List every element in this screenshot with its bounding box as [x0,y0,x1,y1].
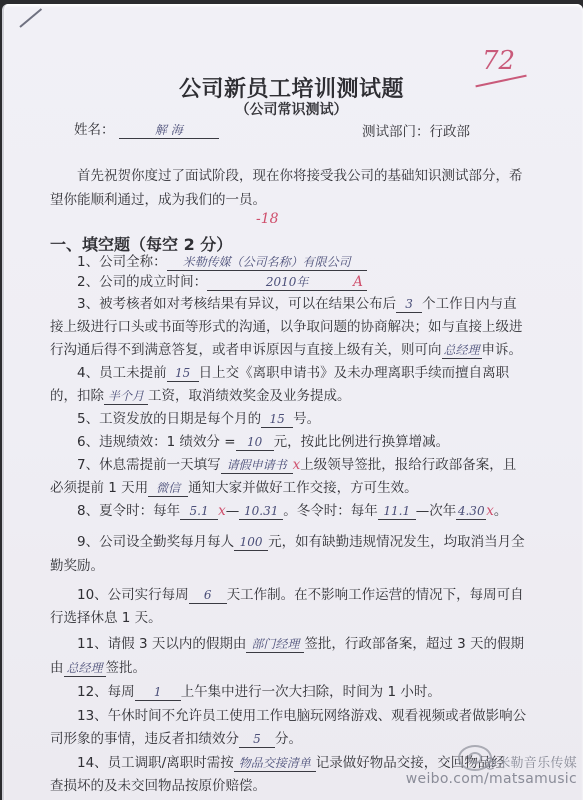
answer-1: 米勒传媒（公司名称）有限公司 [167,254,367,271]
document-subtitle: （公司常识测试） [0,99,583,119]
question-10-line-1: 10、公司实行每周6天工作制。在不影响工作运营的情况下，每周可自 [77,583,524,604]
answer-2: 2010年 [207,274,367,291]
question-3-line-1: 3、被考核者如对考核结果有异议，可以在结果公布后3个工作日内与直 [77,292,517,313]
answer-11a: 部门经理 [246,636,304,653]
check-mark-icon [19,8,42,28]
answer-4b: 半个月 [104,388,148,405]
department-label: 测试部门：行政部 [362,120,470,140]
answer-11b: 总经理 [64,660,106,677]
question-9-line-2: 勤奖励。 [50,554,104,574]
answer-4a: 15 [167,365,199,382]
question-14-line-2: 查损坏的及未交回物品按原价赔偿。 [50,774,266,794]
answer-14: 物品交接清单 [234,755,316,772]
question-3-line-3: 行沟通后得不到满意答复，或者申诉原因与直接上级有关，则可向总经理申诉。 [50,338,522,359]
answer-5: 15 [261,411,293,428]
intro-line-2: 望你能顺利通过，成为我们的一员。 [50,188,266,208]
deduction-mark: -18 [256,211,279,227]
question-4-line-2: 的，扣除半个月工资，取消绩效奖金及业务提成。 [50,384,351,405]
question-10-line-2: 行选择休息 1 天。 [50,606,162,626]
name-value: 解 海 [119,122,219,139]
question-11-line-1: 11、请假 3 天以内的假期由部门经理签批，行政部备案，超过 3 天的假期 [77,632,524,653]
answer-7b: 微信 [148,480,188,497]
answer-7a: 请假申请书 [221,457,293,474]
answer-12: 1 [135,684,181,701]
answer-8b: 10.31 [239,503,283,520]
question-5: 5、工资发放的日期是每个月的15号。 [77,407,320,428]
question-12: 12、每周1上午集中进行一次大扫除，时间为 1 小时。 [77,680,441,701]
question-8: 8、夏令时：每年5.1x—10.31。冬令时：每年11.1—次年4.30x。 [77,499,507,520]
score: 72 [482,46,515,76]
answer-3b: 总经理 [442,342,482,359]
answer-3a: 3 [396,296,422,313]
watermark-url: weibo.com/matsamusic [406,771,577,787]
watermark: @米勒音乐传媒 weibo.com/matsamusic [406,752,577,787]
question-3-line-2: 接上级进行口头或书面等形式的沟通，以争取问题的协商解决；如与直接上级进 [50,315,523,335]
question-7-line-1: 7、休息需提前一天填写请假申请书x上级领导签批，报给行政部备案，且 [77,453,516,474]
question-13-line-2: 司形象的事情，违反者扣绩效分5分。 [50,727,302,748]
answer-6: 10 [236,434,274,451]
answer-10: 6 [189,587,227,604]
question-6: 6、违规绩效：1 绩效分 =10元，按此比例进行换算增减。 [77,430,449,451]
question-9-line-1: 9、公司设全勤奖每月每人100元，如有缺勤违规情况发生，均取消当月全 [77,530,525,551]
answer-9: 100 [234,534,268,551]
answer-8a: 5.1 [180,503,218,520]
intro-line-1: 首先祝贺你度过了面试阶段，现在你将接受我公司的基础知识测试部分，希 [77,164,523,184]
name-label: 姓名： [74,122,115,138]
question-4-line-1: 4、员工未提前15日上交《离职申请书》及未办理离职手续而擅自离职 [77,361,509,382]
question-7-line-2: 必须提前 1 天用微信通知大家并做好工作交接，方可生效。 [50,476,418,497]
question-1: 1、公司全称：米勒传媒（公司名称）有限公司 [77,250,367,271]
answer-8c: 11.1 [378,503,416,520]
answer-8d: 4.30 [456,503,486,520]
question-11-line-2: 由总经理签批。 [50,656,146,677]
name-field: 姓名： 解 海 [74,118,219,139]
mark-2: A [353,274,363,290]
question-2: 2、公司的成立时间：2010年A [77,270,363,291]
watermark-handle: @米勒音乐传媒 [406,752,577,771]
answer-13: 5 [239,731,275,748]
question-13-line-1: 13、午休时间不允许员工使用工作电脑玩网络游戏、观看视频或者做影响公 [77,704,526,724]
